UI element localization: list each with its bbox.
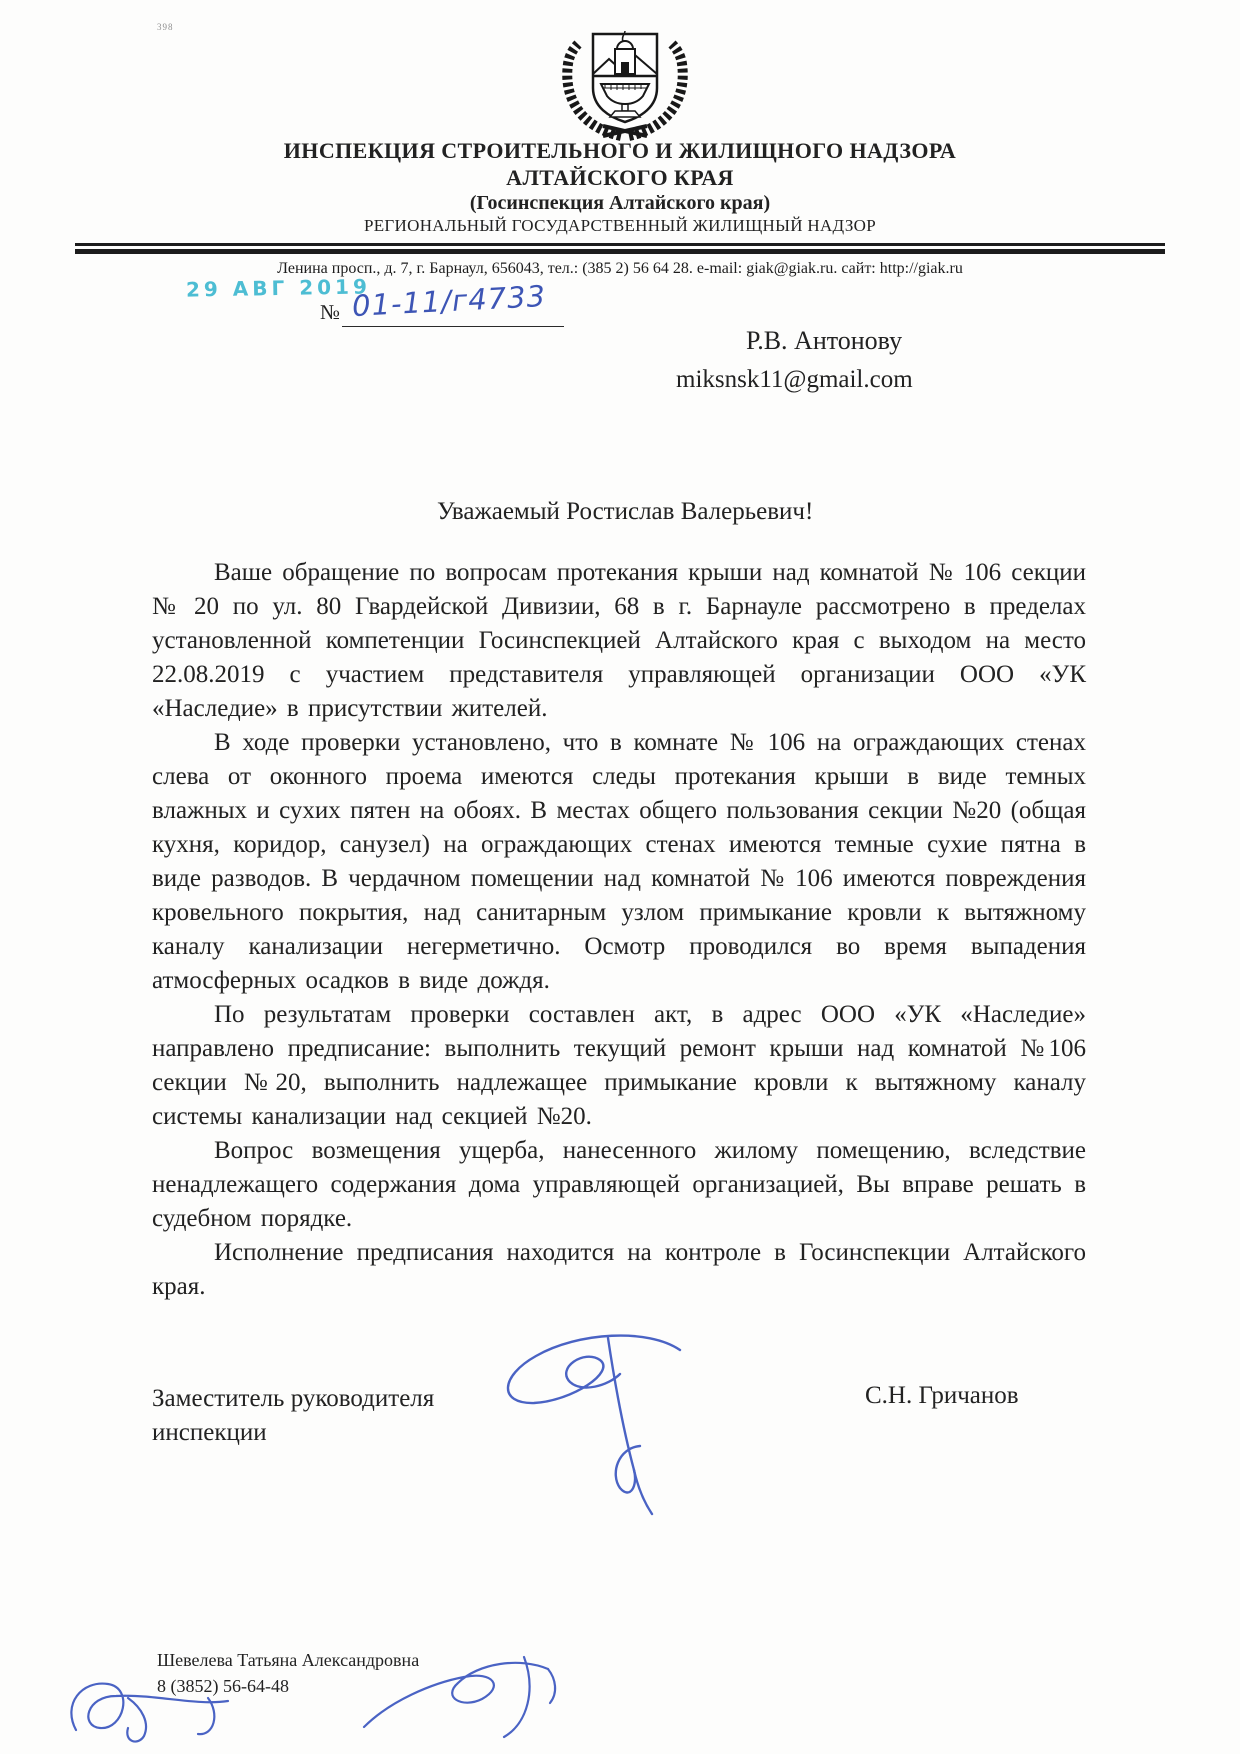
scanned-letter-page: 398 <box>0 0 1240 1754</box>
altai-krai-coat-of-arms-icon <box>535 22 715 142</box>
org-short-name: (Госинспекция Алтайского края) <box>0 192 1240 215</box>
header-divider-thin <box>75 243 1165 246</box>
org-name-line1: ИНСПЕКЦИЯ СТРОИТЕЛЬНОГО И ЖИЛИЩНОГО НАДЗ… <box>0 138 1240 164</box>
reg-number-handwritten: 01-11/г4733 <box>351 279 547 323</box>
executor-signature-ink-icon <box>58 1668 298 1753</box>
paragraph-2: В ходе проверки установлено, что в комна… <box>152 726 1086 998</box>
org-subtitle: РЕГИОНАЛЬНЫЙ ГОСУДАРСТВЕННЫЙ ЖИЛИЩНЫЙ НА… <box>0 216 1240 236</box>
recipient-name: Р.В. Антонову <box>746 326 902 356</box>
paragraph-1: Ваше обращение по вопросам протекания кр… <box>152 556 1086 726</box>
secondary-signature-ink-icon <box>352 1645 567 1753</box>
incoming-date-stamp: 29 АВГ 2019 <box>186 274 371 301</box>
paragraph-3: По результатам проверки составлен акт, в… <box>152 998 1086 1134</box>
paragraph-4: Вопрос возмещения ущерба, нанесенного жи… <box>152 1134 1086 1236</box>
org-name-line2: АЛТАЙСКОГО КРАЯ <box>0 165 1240 191</box>
signer-position: Заместитель руководителя инспекции <box>152 1382 434 1450</box>
salutation: Уважаемый Ростислав Валерьевич! <box>437 498 813 526</box>
org-address-line: Ленина просп., д. 7, г. Барнаул, 656043,… <box>0 260 1240 278</box>
reg-number-label: № <box>320 300 340 325</box>
paragraph-5: Исполнение предписания находится на конт… <box>152 1236 1086 1304</box>
signer-name: С.Н. Гричанов <box>865 1382 1019 1410</box>
signer-position-line1: Заместитель руководителя <box>152 1382 434 1416</box>
header-divider-thick <box>75 249 1165 254</box>
signature-ink-icon <box>468 1330 718 1520</box>
letter-body: Ваше обращение по вопросам протекания кр… <box>152 556 1086 1304</box>
reg-number-underline <box>342 326 564 327</box>
scan-artifact-number: 398 <box>157 22 174 32</box>
recipient-email: miksnsk11@gmail.com <box>676 366 913 394</box>
signer-position-line2: инспекции <box>152 1416 434 1450</box>
